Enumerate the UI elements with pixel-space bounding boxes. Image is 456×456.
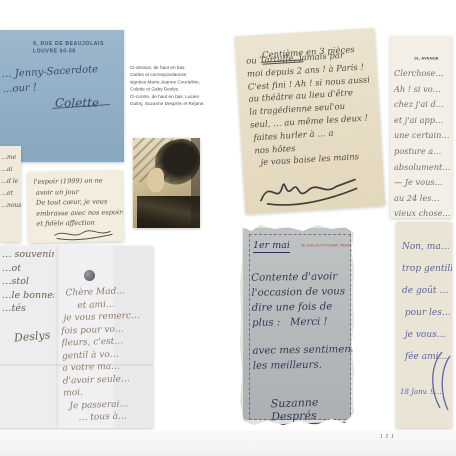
book-spread: 9, RUE DE BEAUJOLAIS LOUVRE 60-58 … Jenn…: [0, 0, 456, 456]
large-folded-letter: … souvenir…ot…stol…le bonnes…tés Deslys …: [0, 246, 153, 428]
letter-bottom-right: Non, ma…trop gentille…de goût … pour les…: [396, 222, 452, 428]
blue-visiting-card: 9, RUE DE BEAUJOLAIS LOUVRE 60-58 … Jenn…: [0, 30, 124, 162]
letter-body-text: Non, ma…trop gentille…de goût … pour les…: [402, 236, 452, 368]
red-letterhead: 56, RUE DU ROCHER, PARIS: [301, 244, 355, 251]
cropped-note-card: …me…ai…d le…et…nous: [0, 146, 21, 242]
address-line-2: LOUVRE 60-58: [33, 48, 123, 56]
date-line: 1er mai: [253, 240, 290, 253]
printed-letterhead: 16, AVENUE: [414, 56, 452, 65]
note-card-text: l'espoir (1999) on ne avoir un jour De t…: [33, 175, 123, 229]
letter-main-text: Chère Mad… et ami… je vous remerc…fois p…: [60, 284, 157, 427]
photo-caption: Ci-dessus, de haut en bas.Cartes et corr…: [130, 64, 220, 112]
card-surface: 1er mai 56, RUE DU ROCHER, PARIS Content…: [243, 228, 351, 420]
address-line-1: 9, RUE DE BEAUJOLAIS: [33, 40, 123, 48]
signature-scribble: [52, 226, 114, 241]
letter-body-text: ou Tartuffe, jamais parmoi depuis 2 ans …: [246, 48, 381, 171]
letter-body-text: Clerchose…Ah ! si vo…chez j'ai d…et j'ai…: [394, 66, 452, 218]
portrait-photo: [133, 138, 200, 228]
caption-text: Ci-dessus, de haut en bas.Cartes et corr…: [130, 64, 220, 107]
handwritten-note-card: l'espoir (1999) on ne avoir un jour De t…: [27, 170, 123, 243]
despres-signature: Suzanne Després: [271, 395, 352, 426]
photo-face: [147, 168, 164, 192]
letter-left-column: … souvenir…ot…stol…le bonnes…tés: [2, 248, 54, 328]
deslys-signature: Deslys: [14, 328, 51, 344]
letter-top-left: Centième en 3 pièces ou Tartuffe, jamais…: [235, 28, 386, 214]
embossed-seal: [84, 270, 95, 281]
folio-right: 111: [358, 433, 418, 445]
letter-date: 18 Janv. 9…: [400, 388, 442, 396]
guitry-signature-flourish: [255, 167, 361, 211]
torn-grey-card: 1er mai 56, RUE DU ROCHER, PARIS Content…: [240, 225, 354, 425]
letter-top-right: 16, AVENUE Clerchose…Ah ! si vo…chez j'a…: [390, 36, 452, 218]
flourish-strokes: [426, 350, 452, 414]
photo-shadow-edge: [191, 138, 200, 228]
card-message-text: Contente d'avoirl'occasion de vousdire u…: [251, 269, 351, 374]
printed-address: 9, RUE DE BEAUJOLAIS LOUVRE 60-58: [33, 40, 123, 55]
handwritten-note: … Jenny-Sacerdote…our !: [1, 61, 122, 97]
